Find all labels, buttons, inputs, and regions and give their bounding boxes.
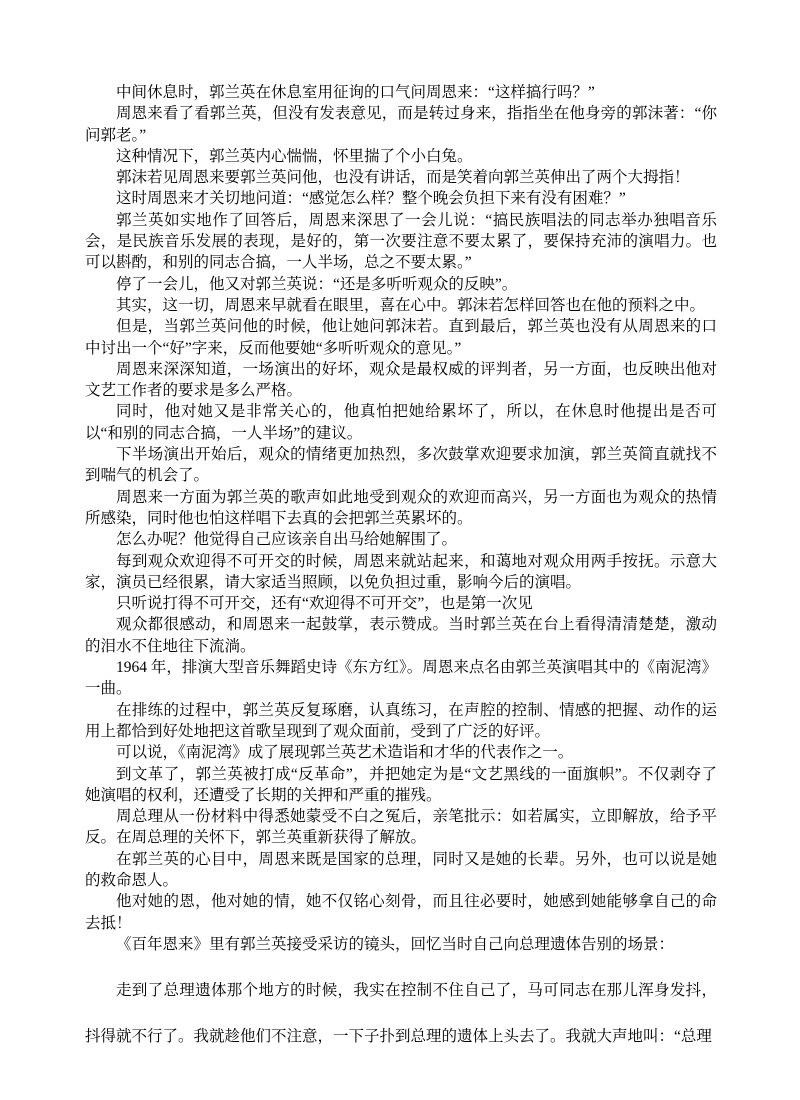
paragraph: 到文革了，郭兰英被打成“反革命”，并把她定为是“文艺黑线的一面旗帜”。不仅剥夺了… xyxy=(85,764,717,807)
paragraph: 1964 年，排演大型音乐舞蹈史诗《东方红》。周恩来点名由郭兰英演唱其中的《南泥… xyxy=(85,657,717,700)
paragraph: 只听说打得不可开交，还有“欢迎得不可开交”，也是第一次见 xyxy=(85,593,717,614)
paragraph: 可以说，《南泥湾》成了展现郭兰英艺术造诣和才华的代表作之一。 xyxy=(85,742,717,763)
paragraph: 他对她的恩，他对她的情，她不仅铭心刻骨，而且往必要时，她感到她能够拿自己的命去抵… xyxy=(85,891,717,934)
paragraph: 周恩来一方面为郭兰英的歌声如此地受到观众的欢迎而高兴，另一方面也为观众的热情所感… xyxy=(85,487,717,530)
paragraph: 这时周恩来才关切地问道：“感觉怎么样？整个晚会负担下来有没有困难？” xyxy=(85,188,717,209)
paragraph: 这种情况下，郭兰英内心惴惴，怀里揣了个小白兔。 xyxy=(85,146,717,167)
paragraph: 怎么办呢？他觉得自己应该亲自出马给她解围了。 xyxy=(85,529,717,550)
paragraph: 同时，他对她又是非常关心的，他真怕把她给累坏了，所以，在休息时他提出是否可以“和… xyxy=(85,401,717,444)
paragraph: 观众都很感动，和周恩来一起鼓掌，表示赞成。当时郭兰英在台上看得清清楚楚，激动的泪… xyxy=(85,614,717,657)
paragraph: 每到观众欢迎得不可开交的时候，周恩来就站起来，和蔼地对观众用两手按抚。示意大家，… xyxy=(85,551,717,594)
paragraph: 下半场演出开始后，观众的情绪更加热烈，多次鼓掌欢迎要求加演，郭兰英简直就找不到喘… xyxy=(85,444,717,487)
paragraph: 在郭兰英的心目中，周恩来既是国家的总理，同时又是她的长辈。另外，也可以说是她的救… xyxy=(85,849,717,892)
paragraph: 停了一会儿，他又对郭兰英说：“还是多听听观众的反映”。 xyxy=(85,274,717,295)
paragraph: 在排练的过程中，郭兰英反复琢磨，认真练习，在声腔的控制、情感的把握、动作的运用上… xyxy=(85,700,717,743)
paragraph: 郭沫若见周恩来要郭兰英问他，也没有讲话，而是笑着向郭兰英伸出了两个大拇指！ xyxy=(85,167,717,188)
paragraph: 《百年恩来》里有郭兰英接受采访的镜头，回忆当时自己向总理遗体告别的场景： xyxy=(85,934,717,955)
paragraph: 中间休息时，郭兰英在休息室用征询的口气问周恩来：“这样搞行吗？” xyxy=(85,82,717,103)
paragraph: 但是，当郭兰英问他的时候，他让她问郭沫若。直到最后，郭兰英也没有从周恩来的口中讨… xyxy=(85,316,717,359)
paragraph: 周总理从一份材料中得悉她蒙受不白之冤后，亲笔批示：如若属实，立即解放，给予平反。… xyxy=(85,806,717,849)
quoted-paragraph: 走到了总理遗体那个地方的时候，我实在控制不住自己了，马可同志在那儿浑身发抖，抖得… xyxy=(85,968,717,1060)
document-page: 中间休息时，郭兰英在休息室用征询的口气问周恩来：“这样搞行吗？”周恩来看了看郭兰… xyxy=(0,0,800,1100)
paragraph: 其实，这一切，周恩来早就看在眼里，喜在心中。郭沫若怎样回答也在他的预料之中。 xyxy=(85,295,717,316)
paragraph: 周恩来看了看郭兰英，但没有发表意见，而是转过身来，指指坐在他身旁的郭沫著：“你问… xyxy=(85,103,717,146)
text-body: 中间休息时，郭兰英在休息室用征询的口气问周恩来：“这样搞行吗？”周恩来看了看郭兰… xyxy=(85,82,717,1060)
paragraph: 郭兰英如实地作了回答后，周恩来深思了一会儿说：“搞民族唱法的同志举办独唱音乐会，… xyxy=(85,210,717,274)
paragraph: 周恩来深深知道，一场演出的好坏，观众是最权威的评判者，另一方面，也反映出他对文艺… xyxy=(85,359,717,402)
